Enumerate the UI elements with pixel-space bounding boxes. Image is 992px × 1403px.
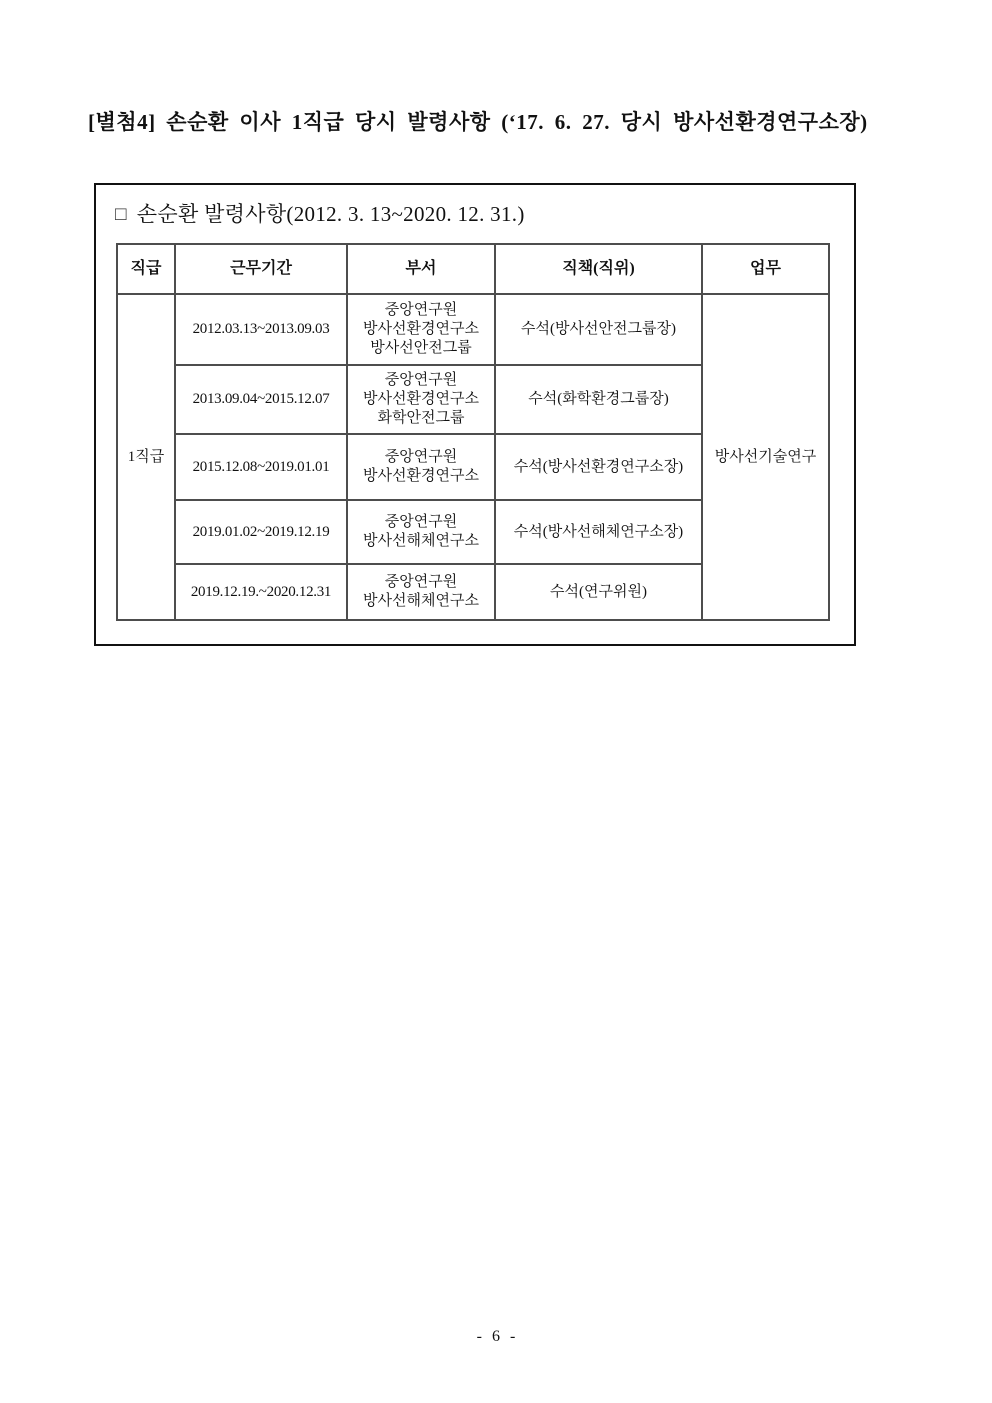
position-cell: 수석(방사선환경연구소장) — [495, 434, 702, 500]
col-header-period: 근무기간 — [175, 244, 347, 294]
period-cell: 2012.03.13~2013.09.03 — [175, 294, 347, 365]
period-cell: 2019.12.19.~2020.12.31 — [175, 564, 347, 620]
box-heading: □손순환 발령사항(2012. 3. 13~2020. 12. 31.) — [115, 198, 525, 228]
dept-line: 중앙연구원 — [350, 513, 492, 532]
col-header-position: 직책(직위) — [495, 244, 702, 294]
dept-line: 중앙연구원 — [350, 371, 492, 390]
dept-line: 방사선환경연구소 — [350, 467, 492, 486]
position-cell: 수석(방사선안전그룹장) — [495, 294, 702, 365]
dept-line: 중앙연구원 — [350, 448, 492, 467]
dept-cell: 중앙연구원 방사선환경연구소 방사선안전그룹 — [347, 294, 495, 365]
position-cell: 수석(방사선해체연구소장) — [495, 500, 702, 564]
dept-cell: 중앙연구원 방사선환경연구소 — [347, 434, 495, 500]
period-cell: 2019.01.02~2019.12.19 — [175, 500, 347, 564]
period-cell: 2013.09.04~2015.12.07 — [175, 365, 347, 434]
grade-cell: 1직급 — [117, 294, 175, 620]
dept-line: 방사선해체연구소 — [350, 532, 492, 551]
content-box: □손순환 발령사항(2012. 3. 13~2020. 12. 31.) 직급 … — [94, 183, 856, 646]
duty-cell: 방사선기술연구 — [702, 294, 829, 620]
dept-cell: 중앙연구원 방사선해체연구소 — [347, 564, 495, 620]
assignments-table: 직급 근무기간 부서 직책(직위) 업무 1직급 2012.03.13~2013… — [116, 243, 830, 621]
dept-line: 방사선안전그룹 — [350, 339, 492, 358]
col-header-dept: 부서 — [347, 244, 495, 294]
dept-line: 화학안전그룹 — [350, 409, 492, 428]
position-cell: 수석(연구위원) — [495, 564, 702, 620]
table-header-row: 직급 근무기간 부서 직책(직위) 업무 — [117, 244, 829, 294]
col-header-duty: 업무 — [702, 244, 829, 294]
page-number: - 6 - — [0, 1328, 992, 1346]
dept-line: 중앙연구원 — [350, 301, 492, 320]
dept-line: 중앙연구원 — [350, 573, 492, 592]
square-bullet-icon: □ — [115, 204, 127, 226]
period-cell: 2015.12.08~2019.01.01 — [175, 434, 347, 500]
table-row: 1직급 2012.03.13~2013.09.03 중앙연구원 방사선환경연구소… — [117, 294, 829, 365]
col-header-grade: 직급 — [117, 244, 175, 294]
dept-cell: 중앙연구원 방사선환경연구소 화학안전그룹 — [347, 365, 495, 434]
dept-line: 방사선환경연구소 — [350, 320, 492, 339]
box-heading-text: 손순환 발령사항(2012. 3. 13~2020. 12. 31.) — [137, 202, 525, 226]
document-page: [별첨4] 손순환 이사 1직급 당시 발령사항 (‘17. 6. 27. 당시… — [0, 0, 992, 1403]
dept-line: 방사선해체연구소 — [350, 592, 492, 611]
page-title: [별첨4] 손순환 이사 1직급 당시 발령사항 (‘17. 6. 27. 당시… — [88, 106, 948, 136]
dept-line: 방사선환경연구소 — [350, 390, 492, 409]
dept-cell: 중앙연구원 방사선해체연구소 — [347, 500, 495, 564]
position-cell: 수석(화학환경그룹장) — [495, 365, 702, 434]
